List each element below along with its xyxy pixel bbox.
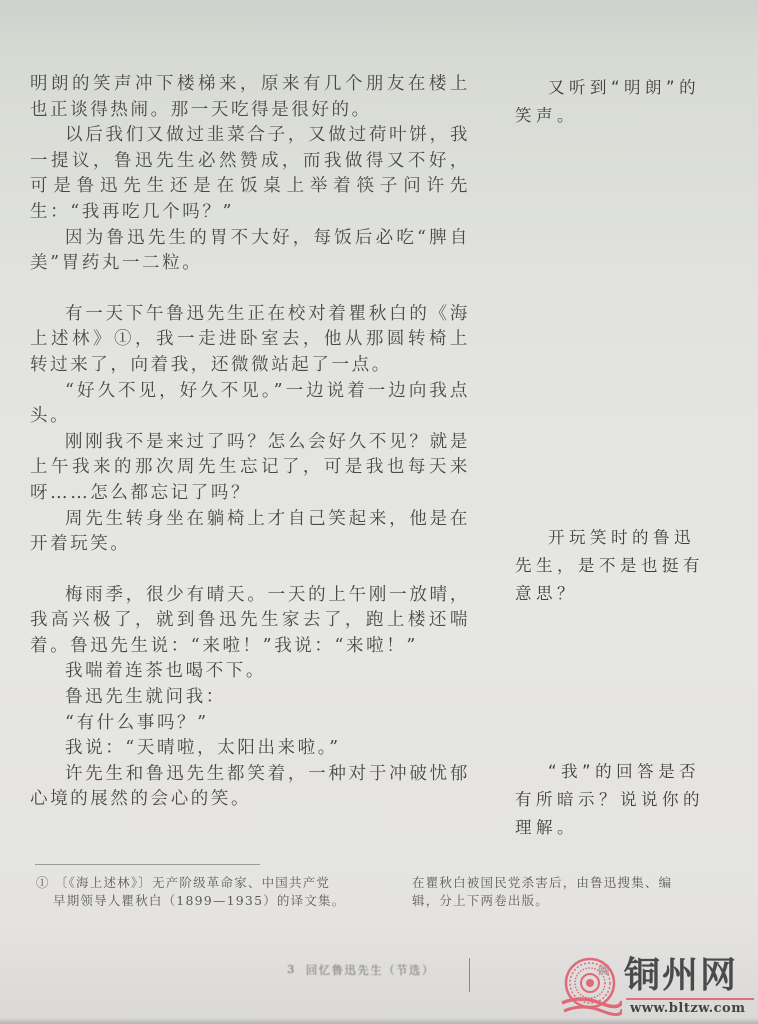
paragraph: 周先生转身坐在躺椅上才自己笑起来，他是在开着玩笑。	[30, 507, 470, 558]
paragraph: 因为鲁迅先生的胃不大好，每饭后必吃“脾自美”胃药丸一二粒。	[30, 226, 470, 277]
side-note-text: 又听到“明朗”的笑声。	[515, 74, 715, 130]
paragraph: 许先生和鲁迅先生都笑着，一种对于冲破忧郁心境的展然的会心的笑。	[30, 762, 470, 813]
side-note-text: “我”的回答是否有所暗示？说说你的理解。	[515, 758, 715, 842]
side-note-laughter: 又听到“明朗”的笑声。	[515, 74, 715, 130]
page-edge-shadow	[0, 1018, 758, 1024]
paragraph: 明朗的笑声冲下楼梯来，原来有几个朋友在楼上也正谈得热闹。那一天吃得是很好的。	[30, 72, 470, 123]
paragraph: 我说：“天晴啦，太阳出来啦。”	[30, 736, 470, 762]
textbook-page: 明朗的笑声冲下楼梯来，原来有几个朋友在楼上也正谈得热闹。那一天吃得是很好的。 以…	[0, 0, 758, 1024]
paragraph: 梅雨季，很少有晴天。一天的上午刚一放晴，我高兴极了，就到鲁迅先生家去了，跑上楼还…	[30, 583, 470, 660]
footnote-divider	[35, 864, 260, 865]
section-gap	[30, 558, 470, 583]
footnote-right: 在瞿秋白被国民党杀害后，由鲁迅搜集、编 辑，分上下两卷出版。	[412, 874, 722, 910]
footnote-line: 早期领导人瞿秋白（1899—1935）的译文集。	[36, 892, 396, 910]
side-note-joking: 开玩笑时的鲁迅先生，是不是也挺有意思？	[515, 524, 715, 608]
site-watermark: 铜州网 www.bltzw.com	[560, 955, 758, 1021]
paragraph: 以后我们又做过韭菜合子，又做过荷叶饼，我一提议，鲁迅先生必然赞成，而我做得又不好…	[30, 123, 470, 225]
paragraph: 刚刚我不是来过了吗？怎么会好久不见？就是上午我来的那次周先生忘记了，可是我也每天…	[30, 430, 470, 507]
footnote-marker: ①	[36, 875, 50, 890]
paragraph: 我喘着连茶也喝不下。	[30, 659, 470, 685]
footnote-line: 辑，分上下两卷出版。	[412, 892, 722, 910]
paragraph: 有一天下午鲁迅先生正在校对着瞿秋白的《海上述林》①，我一走进卧室去，他从那圆转椅…	[30, 302, 470, 379]
section-gap	[30, 277, 470, 302]
paragraph: “好久不见，好久不见。”一边说着一边向我点头。	[30, 379, 470, 430]
running-footer: 3 回忆鲁迅先生（节选）	[287, 962, 435, 978]
side-note-text: 开玩笑时的鲁迅先生，是不是也挺有意思？	[515, 524, 715, 608]
paragraph: “有什么事吗？”	[30, 711, 470, 737]
paragraph: 鲁迅先生就问我：	[30, 685, 470, 711]
footnote-left: ① 〔《海上述林》〕无产阶级革命家、中国共产党 早期领导人瞿秋白（1899—19…	[36, 874, 396, 910]
footer-divider	[469, 958, 470, 992]
watermark-url: www.bltzw.com	[630, 1001, 745, 1016]
side-note-answer: “我”的回答是否有所暗示？说说你的理解。	[515, 758, 715, 842]
watermark-underline	[626, 998, 754, 1000]
lesson-number: 3	[287, 962, 296, 978]
watermark-title: 铜州网	[624, 955, 738, 997]
lesson-title: 回忆鲁迅先生（节选）	[306, 962, 435, 978]
watermark-logo-icon	[560, 957, 622, 1019]
footnote-line: 在瞿秋白被国民党杀害后，由鲁迅搜集、编	[412, 874, 722, 892]
footnote-line: 〔《海上述林》〕无产阶级革命家、中国共产党	[55, 875, 330, 890]
main-text-column: 明朗的笑声冲下楼梯来，原来有几个朋友在楼上也正谈得热闹。那一天吃得是很好的。 以…	[30, 72, 470, 813]
